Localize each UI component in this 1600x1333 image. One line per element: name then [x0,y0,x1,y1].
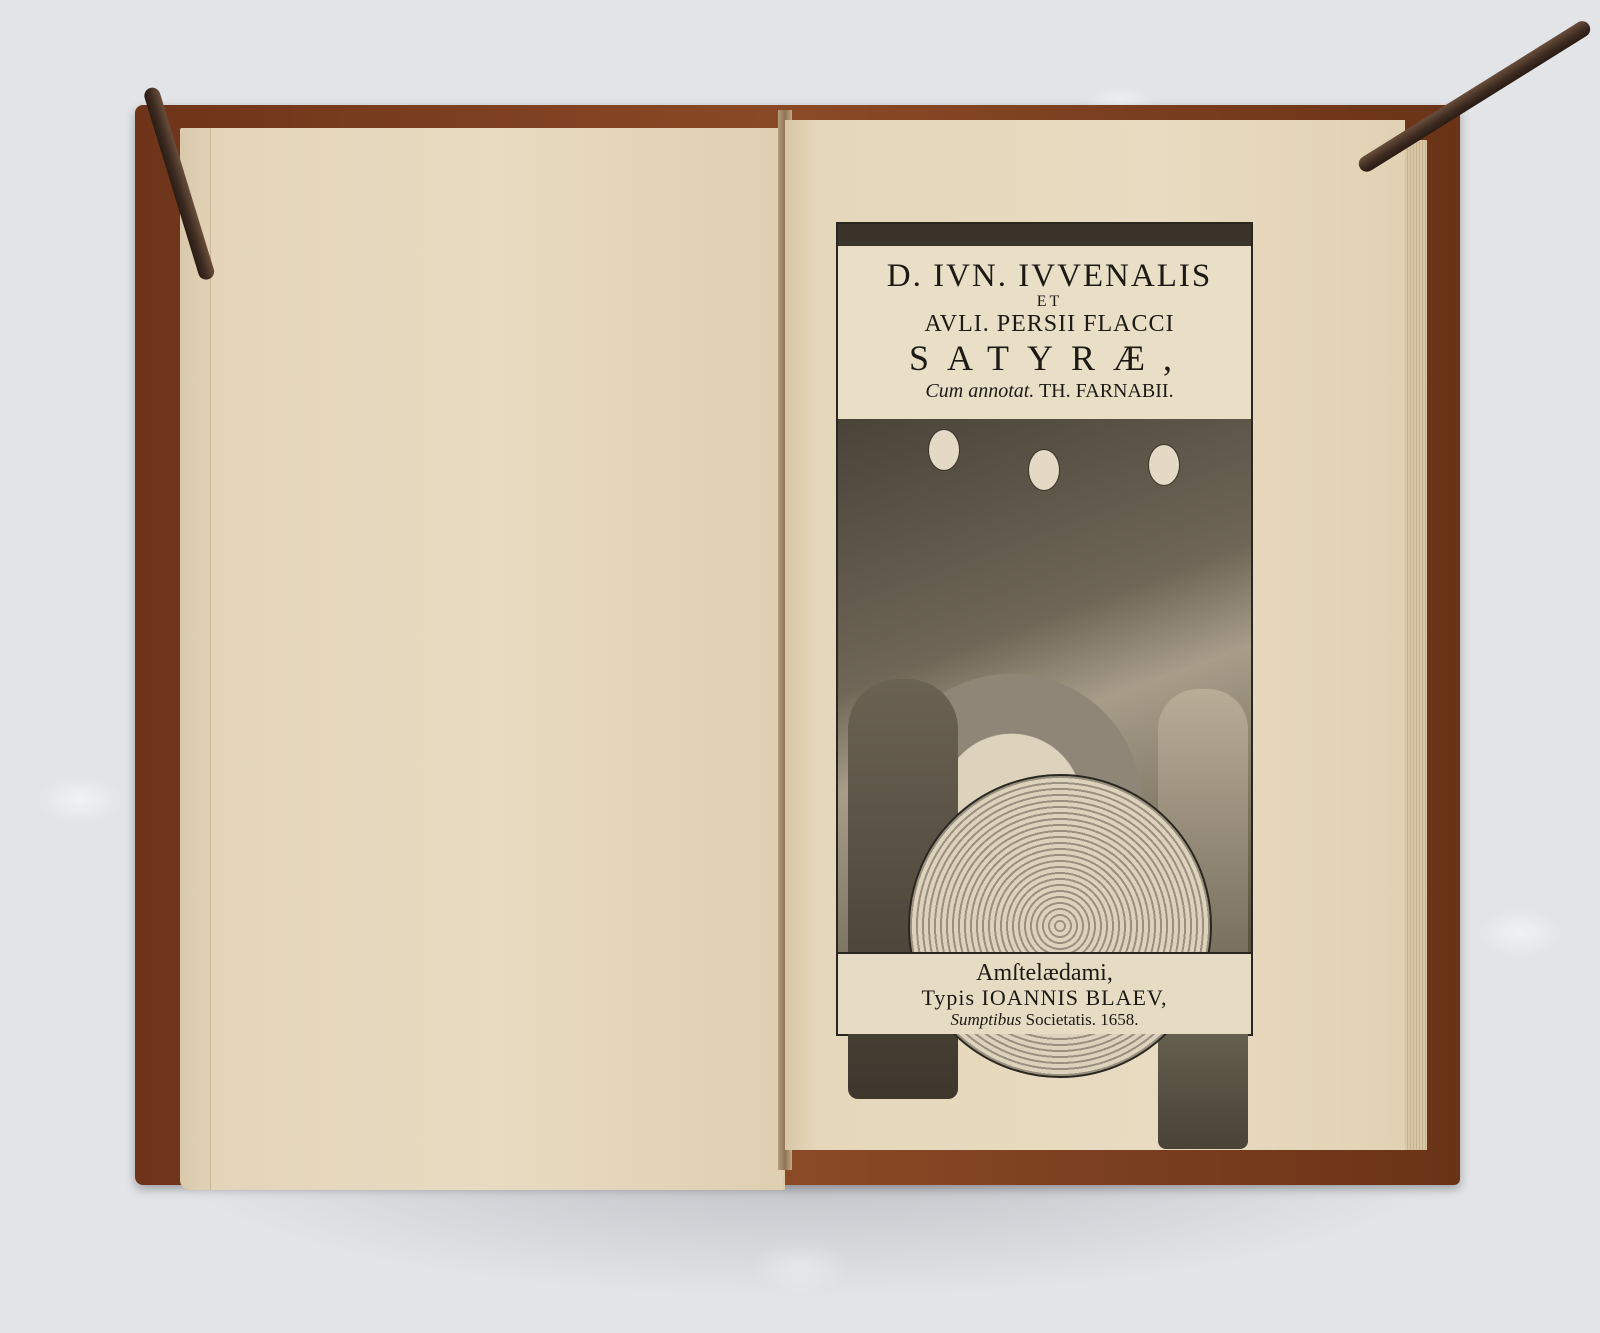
mask-icon [1148,444,1180,486]
societatis-date: Societatis. 1658. [1021,1010,1138,1029]
imprint-date: Sumptibus Societatis. 1658. [838,1010,1251,1030]
mask-icon [928,429,960,471]
imprint-printer: Typis IOANNIS BLAEV, [838,986,1251,1010]
title-line-5: Cum annotat. TH. FARNABII. [858,378,1241,404]
imprint: Amſtelædami, Typis IOANNIS BLAEV, Sumpti… [838,952,1251,1034]
imprint-place: Amſtelædami, [838,960,1251,986]
title-line-3: AVLI. PERSII FLACCI [858,310,1241,338]
title-line-2: ET [858,294,1241,310]
engraving-scene [838,419,1251,954]
title-line-4: SATYRÆ, [858,338,1241,378]
title-line-1: D. IVN. IVVENALIS [858,258,1241,294]
mask-icon [1028,449,1060,491]
left-blank-page [210,128,783,1190]
sumptibus-italic: Sumptibus [951,1010,1022,1029]
banner-text: D. IVN. IVVENALIS ET AVLI. PERSII FLACCI… [858,258,1241,404]
fore-edge [1405,140,1427,1150]
engraved-title: D. IVN. IVVENALIS ET AVLI. PERSII FLACCI… [836,222,1253,1036]
farnaby-name: TH. FARNABII. [1034,380,1173,402]
title-banner: D. IVN. IVVENALIS ET AVLI. PERSII FLACCI… [838,224,1251,419]
annotat-italic: Cum annotat. [925,380,1034,402]
